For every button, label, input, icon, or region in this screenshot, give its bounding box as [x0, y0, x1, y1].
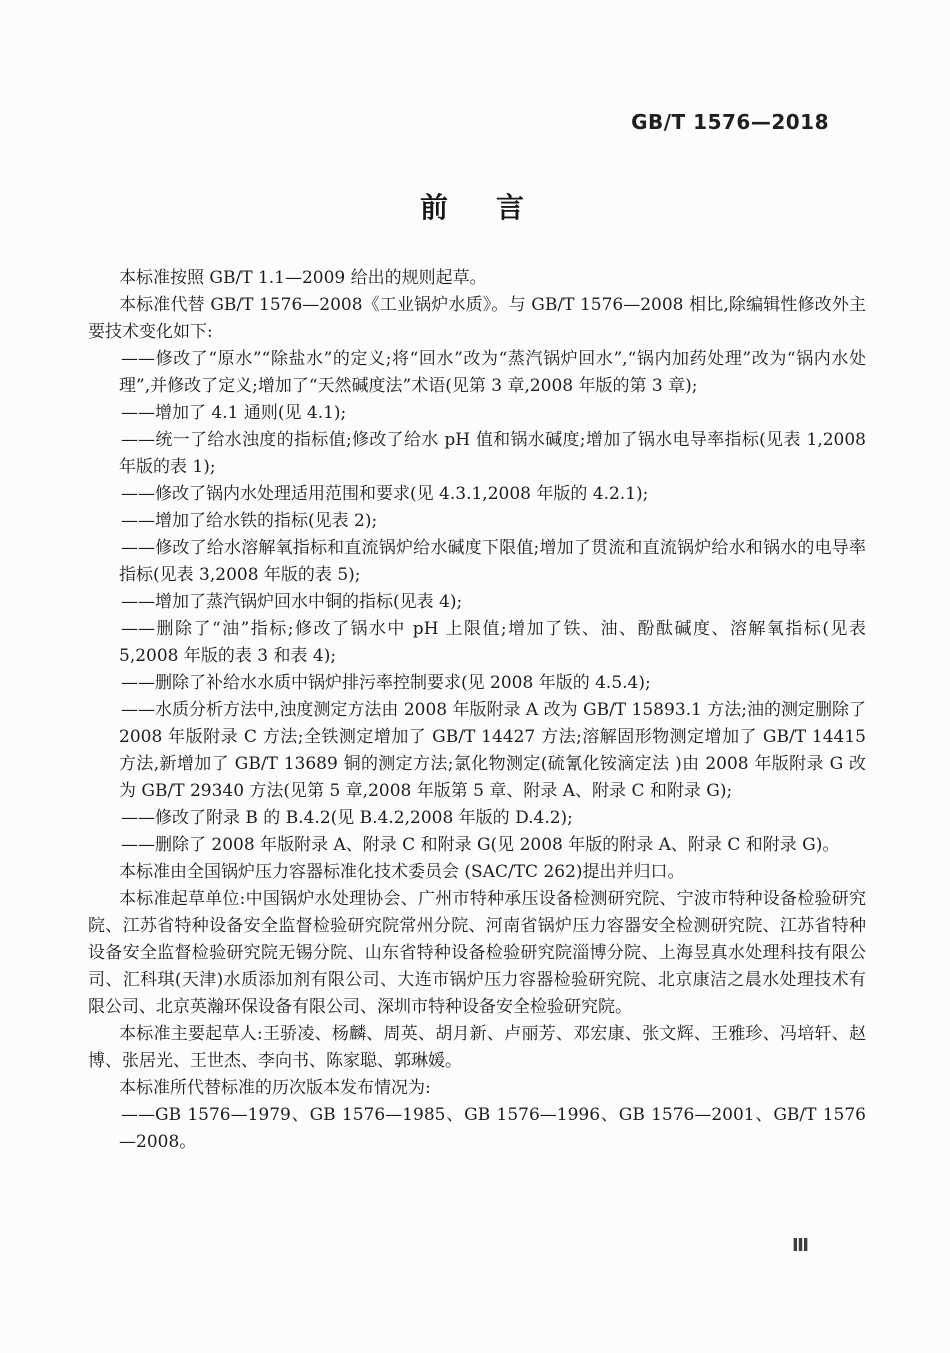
change-list-item: ——删除了补给水水质中锅炉排污率控制要求(见 2008 年版的 4.5.4);: [88, 670, 866, 697]
change-list-item: ——删除了“油”指标;修改了锅水中 pH 上限值;增加了铁、油、酚酞碱度、溶解氧…: [88, 616, 866, 670]
foreword-body: 本标准按照 GB/T 1.1—2009 给出的规则起草。本标准代替 GB/T 1…: [88, 265, 866, 1156]
body-paragraph: 本标准起草单位:中国锅炉水处理协会、广州市特种承压设备检测研究院、宁波市特种设备…: [88, 886, 866, 1021]
change-list-item: ——统一了给水浊度的指标值;修改了给水 pH 值和锅水碱度;增加了锅水电导率指标…: [88, 427, 866, 481]
change-list-item: ——修改了给水溶解氧指标和直流锅炉给水碱度下限值;增加了贯流和直流锅炉给水和锅水…: [88, 535, 866, 589]
change-list-item: ——GB 1576—1979、GB 1576—1985、GB 1576—1996…: [88, 1102, 866, 1156]
body-paragraph: 本标准由全国锅炉压力容器标准化技术委员会 (SAC/TC 262)提出并归口。: [88, 859, 866, 886]
change-list-item: ——增加了蒸汽锅炉回水中铜的指标(见表 4);: [88, 589, 866, 616]
standard-code: GB/T 1576—2018: [631, 110, 829, 134]
body-paragraph: 本标准主要起草人:王骄凌、杨麟、周英、胡月新、卢丽芳、邓宏康、张文辉、王雅珍、冯…: [88, 1021, 866, 1075]
document-page: GB/T 1576—2018 前 言 本标准按照 GB/T 1.1—2009 给…: [0, 0, 950, 1353]
page-title: 前 言: [88, 186, 866, 226]
change-list-item: ——增加了 4.1 通则(见 4.1);: [88, 400, 866, 427]
change-list-item: ——水质分析方法中,浊度测定方法由 2008 年版附录 A 改为 GB/T 15…: [88, 697, 866, 805]
body-paragraph: 本标准所代替标准的历次版本发布情况为:: [88, 1075, 866, 1102]
body-paragraph: 本标准按照 GB/T 1.1—2009 给出的规则起草。: [88, 265, 866, 292]
change-list-item: ——修改了附录 B 的 B.4.2(见 B.4.2,2008 年版的 D.4.2…: [88, 805, 866, 832]
body-paragraph: 本标准代替 GB/T 1576—2008《工业锅炉水质》。与 GB/T 1576…: [88, 292, 866, 346]
change-list-item: ——修改了“原水”“除盐水”的定义;将“回水”改为“蒸汽锅炉回水”,“锅内加药处…: [88, 346, 866, 400]
change-list-item: ——增加了给水铁的指标(见表 2);: [88, 508, 866, 535]
change-list-item: ——删除了 2008 年版附录 A、附录 C 和附录 G(见 2008 年版的附…: [88, 832, 866, 859]
page-number: Ⅲ: [792, 1235, 809, 1256]
change-list-item: ——修改了锅内水处理适用范围和要求(见 4.3.1,2008 年版的 4.2.1…: [88, 481, 866, 508]
